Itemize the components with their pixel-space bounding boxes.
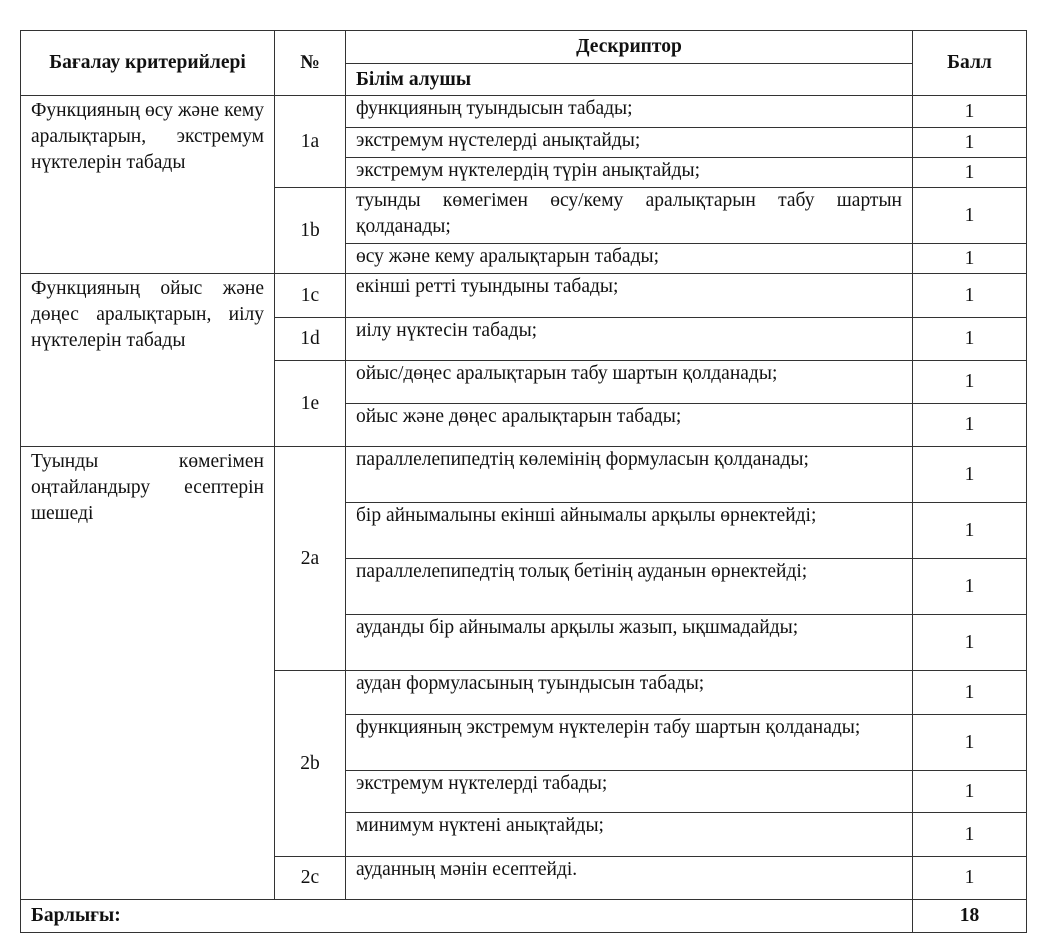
header-criteria: Бағалау критерийлері: [20, 30, 275, 96]
descriptor-group-number: 2b: [274, 670, 346, 857]
descriptor-group-number-text: 2a: [301, 546, 319, 572]
descriptor-row-text: ойыс/дөңес аралықтарын табу шартын қолда…: [356, 361, 902, 387]
total-score-text: 18: [960, 903, 980, 929]
descriptor-row-text: функцияның туындысын табады;: [356, 96, 902, 122]
score-cell: 1: [912, 558, 1027, 615]
descriptor-row: бір айнымалыны екінші айнымалы арқылы өр…: [345, 502, 913, 559]
descriptor-row-text: минимум нүктені анықтайды;: [356, 813, 902, 839]
descriptor-row: ойыс және дөңес аралықтарын табады;: [345, 403, 913, 447]
score-cell: 1: [912, 446, 1027, 503]
descriptor-group-number: 1a: [274, 95, 346, 188]
descriptor-row: ауданды бір айнымалы арқылы жазып, ықшма…: [345, 614, 913, 671]
descriptor-row: иілу нүктесін табады;: [345, 317, 913, 361]
descriptor-group-number: 1b: [274, 187, 346, 274]
score-cell-text: 1: [965, 99, 975, 125]
total-label-text: Барлығы:: [31, 903, 121, 929]
descriptor-row: параллелепипедтің толық бетінің ауданын …: [345, 558, 913, 615]
descriptor-row-text: екінші ретті туындыны табады;: [356, 274, 902, 300]
descriptor-row-text: өсу және кему аралықтарын табады;: [356, 244, 902, 270]
score-cell: 1: [912, 812, 1027, 857]
descriptor-row-text: параллелепипедтің толық бетінің ауданын …: [356, 559, 902, 585]
score-cell-text: 1: [965, 680, 975, 706]
descriptor-row-text: функцияның экстремум нүктелерін табу шар…: [356, 715, 902, 741]
header-criteria-text: Бағалау критерийлері: [49, 50, 245, 76]
score-cell-text: 1: [965, 574, 975, 600]
score-cell: 1: [912, 770, 1027, 813]
descriptor-row-text: бір айнымалыны екінші айнымалы арқылы өр…: [356, 503, 902, 529]
descriptor-row: өсу және кему аралықтарын табады;: [345, 243, 913, 274]
criterion-cell-text: Функцияның өсу және кему аралықтарын, эк…: [31, 98, 264, 176]
descriptor-row: параллелепипедтің көлемінің формуласын қ…: [345, 446, 913, 503]
score-cell: 1: [912, 614, 1027, 671]
header-descriptor: Дескриптор: [345, 30, 913, 64]
score-cell-text: 1: [965, 865, 975, 891]
criterion-cell: Функцияның ойыс және дөңес аралықтарын, …: [20, 273, 275, 447]
score-cell-text: 1: [965, 326, 975, 352]
criterion-cell: Функцияның өсу және кему аралықтарын, эк…: [20, 95, 275, 274]
score-cell-text: 1: [965, 779, 975, 805]
header-number-text: №: [300, 50, 320, 76]
descriptor-row: экстремум нүктелердің түрін анықтайды;: [345, 157, 913, 188]
score-cell-text: 1: [965, 630, 975, 656]
descriptor-group-number-text: 1e: [301, 391, 319, 417]
descriptor-group-number-text: 1d: [300, 326, 320, 352]
score-cell-text: 1: [965, 822, 975, 848]
score-cell-text: 1: [965, 130, 975, 156]
descriptor-row: ауданның мәнін есептейді.: [345, 856, 913, 900]
descriptor-row-text: аудан формуласының туындысын табады;: [356, 671, 902, 697]
score-cell: 1: [912, 714, 1027, 771]
descriptor-group-number: 1d: [274, 317, 346, 361]
descriptor-group-number: 1c: [274, 273, 346, 318]
descriptor-row: функцияның туындысын табады;: [345, 95, 913, 128]
descriptor-group-number: 1e: [274, 360, 346, 447]
score-cell-text: 1: [965, 203, 975, 229]
descriptor-group-number-text: 2c: [301, 865, 319, 891]
descriptor-row: аудан формуласының туындысын табады;: [345, 670, 913, 715]
header-descriptor-text: Дескриптор: [576, 34, 682, 60]
descriptor-group-number-text: 2b: [300, 751, 320, 777]
header-learner: Білім алушы: [345, 63, 913, 96]
descriptor-row: ойыс/дөңес аралықтарын табу шартын қолда…: [345, 360, 913, 404]
score-cell: 1: [912, 502, 1027, 559]
assessment-rubric-table: Бағалау критерийлері№ДескрипторБілім алу…: [0, 0, 1037, 948]
score-cell-text: 1: [965, 412, 975, 438]
score-cell: 1: [912, 856, 1027, 900]
score-cell: 1: [912, 360, 1027, 404]
descriptor-row-text: экстремум нүктелерді табады;: [356, 771, 902, 797]
descriptor-row: туынды көмегімен өсу/кему аралықтарын та…: [345, 187, 913, 244]
score-cell-text: 1: [965, 518, 975, 544]
descriptor-group-number: 2c: [274, 856, 346, 900]
score-cell: 1: [912, 403, 1027, 447]
score-cell-text: 1: [965, 160, 975, 186]
descriptor-group-number-text: 1a: [301, 129, 319, 155]
header-score-text: Балл: [947, 50, 992, 76]
total-score: 18: [912, 899, 1027, 933]
descriptor-row: екінші ретті туындыны табады;: [345, 273, 913, 318]
score-cell-text: 1: [965, 283, 975, 309]
score-cell: 1: [912, 243, 1027, 274]
score-cell: 1: [912, 157, 1027, 188]
criterion-cell-text: Функцияның ойыс және дөңес аралықтарын, …: [31, 276, 264, 354]
descriptor-row-text: экстремум нүктелердің түрін анықтайды;: [356, 158, 902, 184]
descriptor-row-text: ойыс және дөңес аралықтарын табады;: [356, 404, 902, 430]
score-cell-text: 1: [965, 369, 975, 395]
descriptor-row-text: туынды көмегімен өсу/кему аралықтарын та…: [356, 188, 902, 240]
header-score: Балл: [912, 30, 1027, 96]
descriptor-row: экстремум нүктелерді табады;: [345, 770, 913, 813]
score-cell: 1: [912, 187, 1027, 244]
descriptor-row-text: параллелепипедтің көлемінің формуласын қ…: [356, 447, 902, 473]
score-cell: 1: [912, 273, 1027, 318]
score-cell: 1: [912, 670, 1027, 715]
score-cell-text: 1: [965, 246, 975, 272]
score-cell: 1: [912, 127, 1027, 158]
header-learner-text: Білім алушы: [356, 67, 471, 93]
descriptor-group-number-text: 1b: [300, 218, 320, 244]
descriptor-row: минимум нүктені анықтайды;: [345, 812, 913, 857]
score-cell: 1: [912, 95, 1027, 128]
descriptor-row: функцияның экстремум нүктелерін табу шар…: [345, 714, 913, 771]
descriptor-group-number: 2a: [274, 446, 346, 671]
score-cell-text: 1: [965, 462, 975, 488]
total-label: Барлығы:: [20, 899, 913, 933]
descriptor-row: экстремум нүстелерді анықтайды;: [345, 127, 913, 158]
descriptor-row-text: ауданды бір айнымалы арқылы жазып, ықшма…: [356, 615, 902, 641]
criterion-cell-text: Туынды көмегімен оңтайландыру есептерін …: [31, 449, 264, 527]
descriptor-group-number-text: 1c: [301, 283, 319, 309]
descriptor-row-text: ауданның мәнін есептейді.: [356, 857, 902, 883]
score-cell: 1: [912, 317, 1027, 361]
header-number: №: [274, 30, 346, 96]
descriptor-row-text: иілу нүктесін табады;: [356, 318, 902, 344]
score-cell-text: 1: [965, 730, 975, 756]
criterion-cell: Туынды көмегімен оңтайландыру есептерін …: [20, 446, 275, 900]
descriptor-row-text: экстремум нүстелерді анықтайды;: [356, 128, 902, 154]
